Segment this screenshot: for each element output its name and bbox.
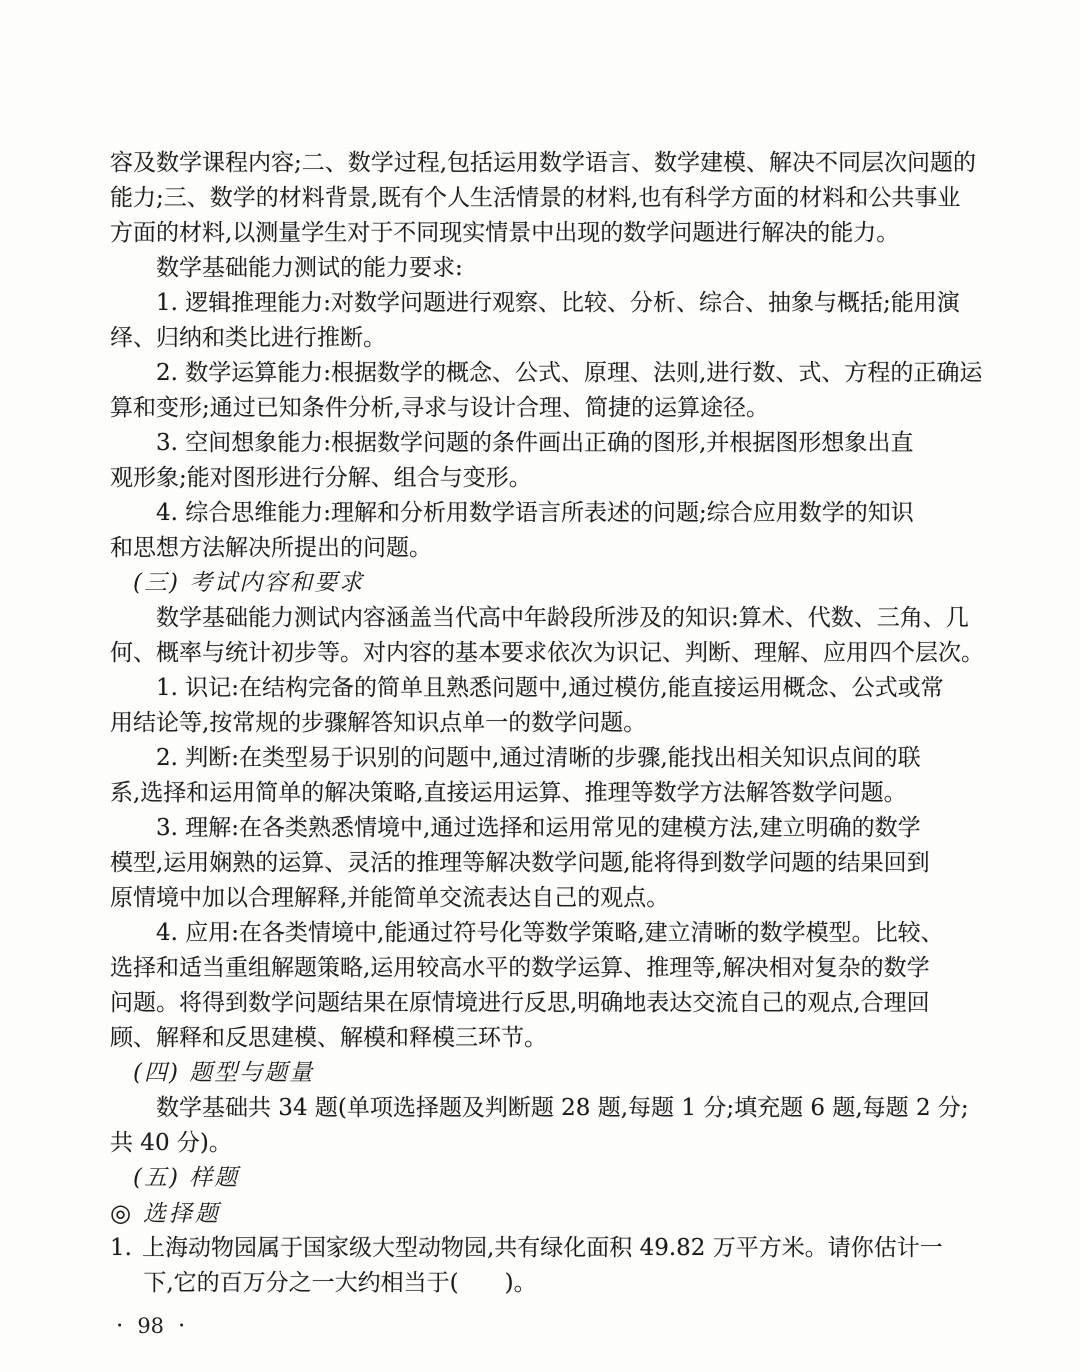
paragraph-start-line: 1. 识记:在结构完备的简单且熟悉问题中,通过模仿,能直接运用概念、公式或常 [110, 671, 948, 706]
text-line: 模型,运用娴熟的运算、灵活的推理等解决数学问题,能将得到数学问题的结果回到 [110, 846, 948, 881]
paragraph-start-line: 3. 理解:在各类熟悉情境中,通过选择和运用常见的建模方法,建立明确的数学 [110, 811, 948, 846]
book-page: 容及数学课程内容;二、数学过程,包括运用数学语言、数学建模、解决不同层次问题的能… [0, 0, 1080, 1372]
text-line: 系,选择和运用简单的解决策略,直接运用运算、推理等数学方法解答数学问题。 [110, 776, 948, 811]
paragraph-start-line: 4. 应用:在各类情境中,能通过符号化等数学策略,建立清晰的数学模型。比较、 [110, 916, 948, 951]
text-line: 问题。将得到数学问题结果在原情境进行反思,明确地表达交流自己的观点,合理回 [110, 986, 948, 1021]
bullet-heading: ◎选择题 [110, 1196, 948, 1231]
text-line: 能力;三、数学的材料背景,既有个人生活情景的材料,也有科学方面的材料和公共事业 [110, 181, 948, 216]
section-heading: (五) 样题 [110, 1161, 948, 1196]
footer-dot-left: · [116, 1315, 123, 1338]
question-line: 下,它的百万分之一大约相当于( )。 [110, 1266, 948, 1301]
page-number: 98 [137, 1314, 164, 1338]
text-line: 顾、解释和反思建模、解模和释模三环节。 [110, 1021, 948, 1056]
paragraph-start-line: 4. 综合思维能力:理解和分析用数学语言所表述的问题;综合应用数学的知识 [110, 496, 948, 531]
document-content: 容及数学课程内容;二、数学过程,包括运用数学语言、数学建模、解决不同层次问题的能… [110, 146, 948, 1301]
text-line: 方面的材料,以测量学生对于不同现实情景中出现的数学问题进行解决的能力。 [110, 216, 948, 251]
paragraph-start-line: 数学基础能力测试内容涵盖当代高中年龄段所涉及的知识:算术、代数、三角、几 [110, 601, 948, 636]
text-line: 绎、归纳和类比进行推断。 [110, 321, 948, 356]
paragraph-start-line: 数学基础能力测试的能力要求: [110, 251, 948, 286]
paragraph-start-line: 2. 判断:在类型易于识别的问题中,通过清晰的步骤,能找出相关知识点间的联 [110, 741, 948, 776]
text-line: 观形象;能对图形进行分解、组合与变形。 [110, 461, 948, 496]
double-circle-icon: ◎ [110, 1196, 131, 1231]
paragraph-start-line: 1. 逻辑推理能力:对数学问题进行观察、比较、分析、综合、抽象与概括;能用演 [110, 286, 948, 321]
text-line: 容及数学课程内容;二、数学过程,包括运用数学语言、数学建模、解决不同层次问题的 [110, 146, 948, 181]
paragraph-start-line: 数学基础共 34 题(单项选择题及判断题 28 题,每题 1 分;填充题 6 题… [110, 1091, 948, 1126]
section-heading: (三) 考试内容和要求 [110, 566, 948, 601]
paragraph-start-line: 2. 数学运算能力:根据数学的概念、公式、原理、法则,进行数、式、方程的正确运 [110, 356, 948, 391]
text-line: 选择和适当重组解题策略,运用较高水平的数学运算、推理等,解决相对复杂的数学 [110, 951, 948, 986]
text-line: 算和变形;通过已知条件分析,寻求与设计合理、简捷的运算途径。 [110, 391, 948, 426]
footer-dot-right: · [178, 1315, 185, 1338]
question-line: 1.上海动物园属于国家级大型动物园,共有绿化面积 49.82 万平方米。请你估计… [110, 1231, 948, 1266]
section-heading: (四) 题型与题量 [110, 1056, 948, 1091]
page-footer: · 98 · [116, 1314, 185, 1338]
paragraph-start-line: 3. 空间想象能力:根据数学问题的条件画出正确的图形,并根据图形想象出直 [110, 426, 948, 461]
text-line: 共 40 分)。 [110, 1126, 948, 1161]
question-number: 1. [110, 1231, 132, 1266]
bullet-label: 选择题 [143, 1201, 221, 1227]
text-line: 何、概率与统计初步等。对内容的基本要求依次为识记、判断、理解、应用四个层次。 [110, 636, 948, 671]
text-line: 用结论等,按常规的步骤解答知识点单一的数学问题。 [110, 706, 948, 741]
text-line: 和思想方法解决所提出的问题。 [110, 531, 948, 566]
text-line: 原情境中加以合理解释,并能简单交流表达自己的观点。 [110, 881, 948, 916]
